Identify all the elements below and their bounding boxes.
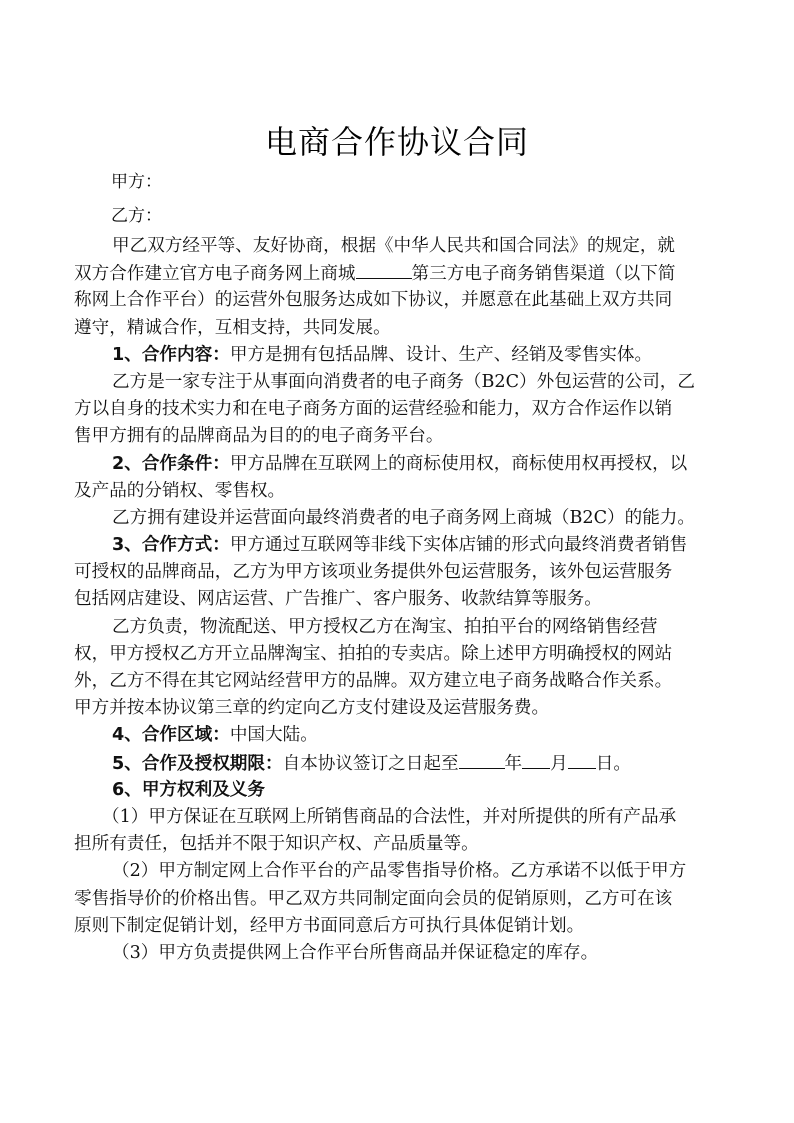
paragraph-line: 乙方拥有建设并运营面向最终消费者的电子商务网上商城（B2C）的能力。 (74, 505, 719, 532)
preamble-line: 遵守，精诚合作，互相支持，共同发展。 (74, 315, 719, 342)
obligation-item-1: （1）甲方保证在互联网上所销售商品的合法性，并对所提供的所有产品承 (74, 804, 719, 831)
section-2: 2、合作条件：甲方品牌在互联网上的商标使用权，商标使用权再授权，以 (74, 451, 719, 478)
section-heading: 3、合作方式： (112, 535, 230, 555)
section-heading: 2、合作条件： (112, 454, 230, 474)
section-1: 1、合作内容：甲方是拥有包括品牌、设计、生产、经销及零售实体。 (74, 342, 719, 369)
section-heading: 4、合作区域： (112, 725, 230, 745)
document-title: 电商合作协议合同 (0, 117, 794, 163)
obligation-item-2: （2）甲方制定网上合作平台的产品零售指导价格。乙方承诺不以低于甲方 (74, 858, 719, 885)
paragraph-line: 售甲方拥有的品牌商品为目的的电子商务平台。 (74, 423, 719, 450)
paragraph-line: 方以自身的技术实力和在电子商务方面的运营经验和能力，双方合作运作以销 (74, 396, 719, 423)
paragraph-line: 甲方并按本协议第三章的约定向乙方支付建设及运营服务费。 (74, 695, 719, 722)
section-heading: 6、甲方权利及义务 (112, 780, 265, 800)
paragraph-line: 及产品的分销权、零售权。 (74, 478, 719, 505)
paragraph-line: 包括网店建设、网店运营、广告推广、客户服务、收款结算等服务。 (74, 586, 719, 613)
mall-name-blank (356, 260, 412, 279)
party-b-label: 乙方： (111, 201, 162, 226)
section-heading: 1、合作内容： (112, 345, 230, 365)
paragraph-line: 权，甲方授权乙方开立品牌淘宝、拍拍的专卖店。除上述甲方明确授权的网站 (74, 641, 719, 668)
paragraph-line: 零售指导价的价格出售。甲乙双方共同制定面向会员的促销原则，乙方可在该 (74, 886, 719, 913)
section-6: 6、甲方权利及义务 (74, 777, 719, 804)
paragraph-line: 外，乙方不得在其它网站经营甲方的品牌。双方建立电子商务战略合作关系。 (74, 668, 719, 695)
party-a-label: 甲方： (111, 167, 162, 192)
document-body: 甲乙双方经平等、友好协商，根据《中华人民共和国合同法》的规定，就 双方合作建立官… (74, 233, 719, 967)
preamble-line: 甲乙双方经平等、友好协商，根据《中华人民共和国合同法》的规定，就 (74, 233, 719, 260)
section-3: 3、合作方式：甲方通过互联网等非线下实体店铺的形式向最终消费者销售 (74, 532, 719, 559)
month-blank (522, 750, 550, 769)
paragraph-line: 乙方负责，物流配送、甲方授权乙方在淘宝、拍拍平台的网络销售经营 (74, 614, 719, 641)
paragraph-line: 担所有责任，包括并不限于知识产权、产品质量等。 (74, 831, 719, 858)
section-5: 5、合作及授权期限：自本协议签订之日起至年月日。 (74, 750, 719, 777)
year-blank (459, 750, 505, 769)
paragraph-line: 原则下制定促销计划，经甲方书面同意后方可执行具体促销计划。 (74, 913, 719, 940)
section-heading: 5、合作及授权期限： (112, 754, 283, 774)
paragraph-line: 乙方是一家专注于从事面向消费者的电子商务（B2C）外包运营的公司，乙 (74, 369, 719, 396)
preamble-line: 双方合作建立官方电子商务网上商城第三方电子商务销售渠道（以下简 (74, 260, 719, 287)
paragraph-line: 可授权的品牌商品，乙方为甲方该项业务提供外包运营服务，该外包运营服务 (74, 559, 719, 586)
obligation-item-3: （3）甲方负责提供网上合作平台所售商品并保证稳定的库存。 (74, 940, 719, 967)
day-blank (568, 750, 596, 769)
section-4: 4、合作区域：中国大陆。 (74, 722, 719, 749)
document-page: 电商合作协议合同 甲方： 乙方： 甲乙双方经平等、友好协商，根据《中华人民共和国… (0, 0, 794, 1123)
preamble-line: 称网上合作平台）的运营外包服务达成如下协议，并愿意在此基础上双方共同 (74, 287, 719, 314)
